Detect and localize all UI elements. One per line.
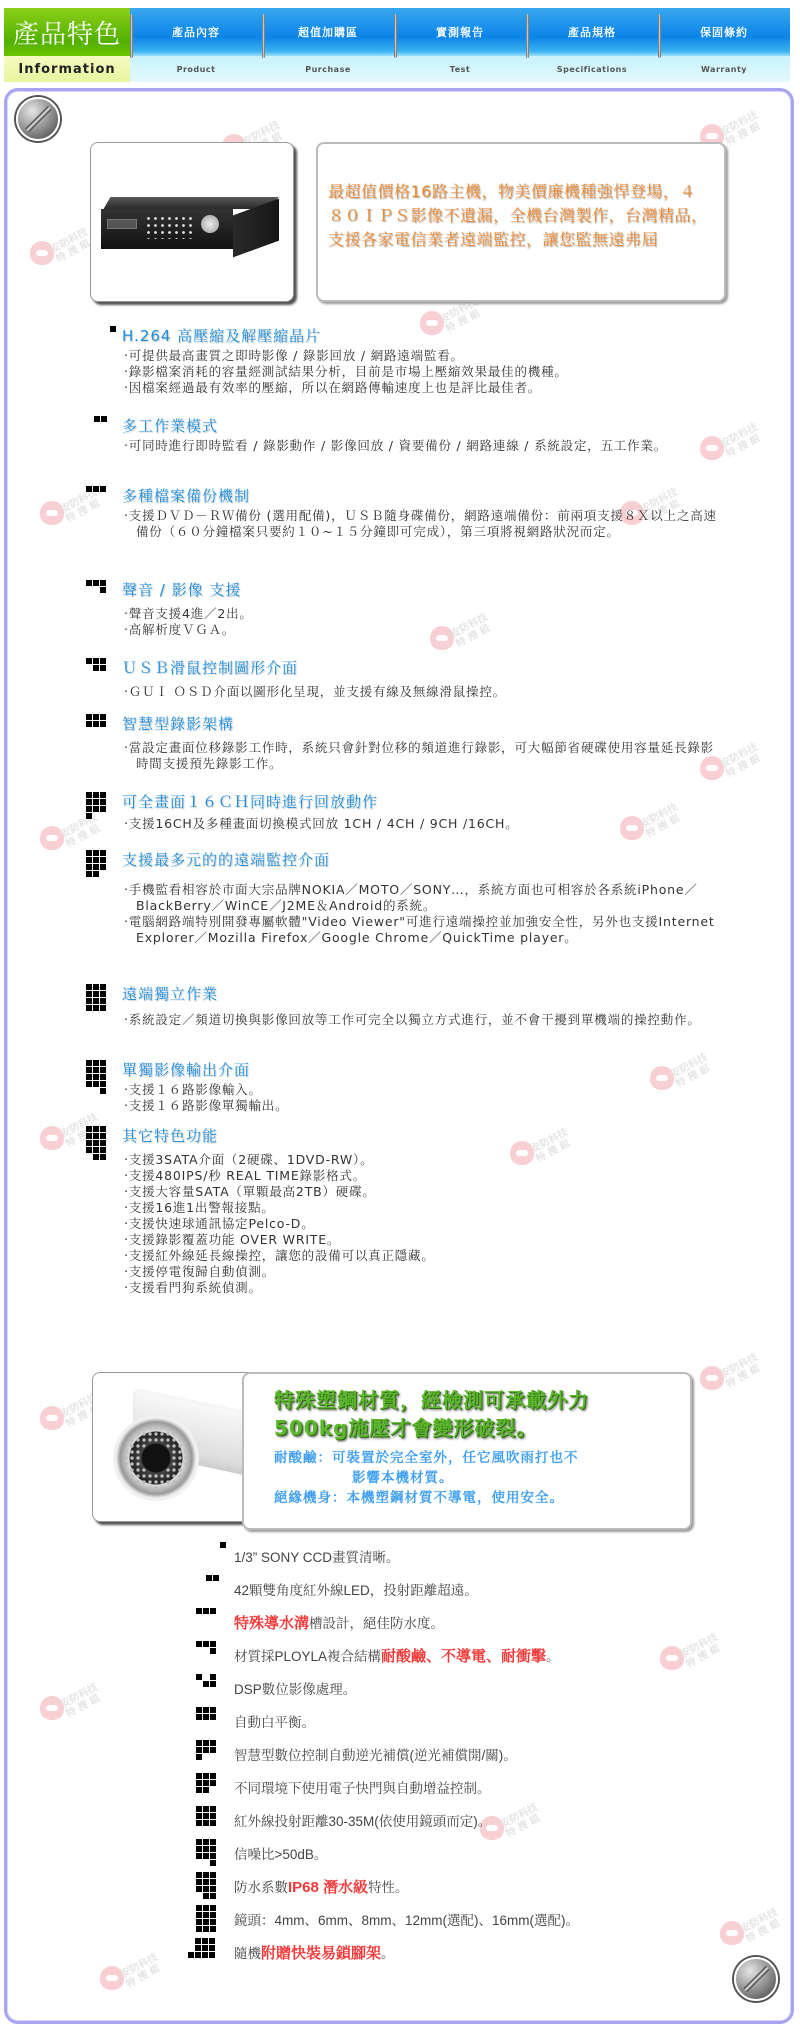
tab-test[interactable]: 實測報告 Test: [394, 8, 526, 82]
tab-warranty[interactable]: 保固條約 Warranty: [658, 8, 790, 82]
spec-item: 特殊導水溝槽設計，絕佳防水度。: [196, 1606, 756, 1639]
bullet-icon: [86, 792, 106, 819]
spec-item: 材質採PLOYLA複合結構耐酸鹼、不導電、耐衝擊。: [196, 1639, 756, 1672]
tab-label: 保固條約: [658, 8, 790, 56]
feature-item: 多種檔案備份機制 ‧支援ＤＶＤ－ＲＷ備份 (選用配備)，ＵＳＢ隨身碟備份，網路遠…: [86, 484, 726, 540]
feature-title: 支援最多元的的遠端監控介面: [122, 849, 330, 870]
camera-subtext: 耐酸鹼：可裝置於完全室外，任它風吹雨打也不 影響本機材質。 絕緣機身：本機塑鋼材…: [274, 1448, 579, 1508]
bullet-icon: [196, 1872, 216, 1899]
tab-label: 產品內容: [130, 8, 262, 56]
feature-lines: ‧當設定畫面位移錄影工作時，系統只會針對位移的頻道進行錄影，可大幅節省硬碟使用容…: [124, 740, 726, 772]
tab-label: 實測報告: [394, 8, 526, 56]
feature-lines: ‧支援16CH及多種畫面切換模式回放 1CH / 4CH / 9CH /16CH…: [124, 816, 519, 832]
spec-item: 智慧型數位控制自動逆光補償(逆光補償開/關)。: [196, 1738, 756, 1771]
camera-illustration: [103, 1387, 261, 1505]
bullet-icon: [94, 416, 107, 422]
bullet-icon: [86, 984, 106, 1011]
spec-item: 42顆雙角度紅外線LED，投射距離超遠。: [196, 1573, 756, 1606]
tab-label: 產品特色: [4, 8, 130, 56]
tab-label: 超值加購區: [262, 8, 394, 56]
dvr-summary-box: 最超值價格16路主機，物美價廉機種強悍登場，４８０ＩＰＳ影像不遺漏，全機台灣製作…: [316, 142, 726, 302]
dvr-illustration: [101, 197, 279, 255]
feature-title: 智慧型錄影架構: [122, 713, 234, 734]
feature-title: 可全畫面１６ＣＨ同時進行回放動作: [122, 791, 378, 812]
tab-label: 產品規格: [526, 8, 658, 56]
bullet-icon: [196, 1641, 216, 1654]
tab-sublabel: Warranty: [658, 56, 790, 82]
bullet-icon: [86, 850, 106, 877]
feature-item: 遠端獨立作業 ‧系統設定／頻道切換與影像回放等工作可完全以獨立方式進行，並不會干…: [86, 982, 701, 1028]
tab-sublabel: Test: [394, 56, 526, 82]
feature-title: ＵＳＢ滑鼠控制圖形介面: [122, 657, 298, 678]
feature-item: H.264 高壓縮及解壓縮晶片 ‧可提供最高畫質之即時影像 / 錄影回放 / 網…: [86, 324, 568, 396]
feature-item: ＵＳＢ滑鼠控制圖形介面 ‧ＧＵＩ ＯＳＤ介面以圖形化呈現，並支援有線及無線滑鼠操…: [86, 656, 506, 700]
bullet-icon: [196, 1806, 216, 1826]
bullet-icon: [196, 1773, 216, 1793]
feature-lines: ‧系統設定／頻道切換與影像回放等工作可完全以獨立方式進行，並不會干擾到單機端的操…: [124, 1012, 701, 1028]
feature-item: 智慧型錄影架構 ‧當設定畫面位移錄影工作時，系統只會針對位移的頻道進行錄影，可大…: [86, 712, 726, 772]
tab-sublabel: Information: [4, 56, 130, 82]
dvr-product-image: [90, 142, 294, 302]
feature-title: H.264 高壓縮及解壓縮晶片: [122, 325, 321, 346]
feature-title: 其它特色功能: [122, 1125, 218, 1146]
feature-title: 遠端獨立作業: [122, 983, 218, 1004]
feature-lines: ‧可同時進行即時監看 / 錄影動作 / 影像回放 / 資要備份 / 網路連線 /…: [124, 438, 667, 454]
tab-sublabel: Specifications: [526, 56, 658, 82]
feature-lines: ‧手機監看相容於市面大宗品牌NOKIA／MOTO／SONY…，系統方面也可相容於…: [124, 882, 726, 946]
tab-sublabel: Purchase: [262, 56, 394, 82]
spec-item: 自動白平衡。: [196, 1705, 756, 1738]
tab-product[interactable]: 產品內容 Product: [130, 8, 262, 82]
spec-item: 鏡頭：4mm、6mm、8mm、12mm(選配)、16mm(選配)。: [196, 1903, 756, 1936]
spec-item: 信噪比>50dB。: [196, 1837, 756, 1870]
feature-lines: ‧聲音支援4進／2出。 ‧高解析度ＶＧＡ。: [124, 606, 253, 638]
spec-item: 不同環境下使用電子快門與自動增益控制。: [196, 1771, 756, 1804]
bullet-icon: [196, 1839, 216, 1866]
feature-item: 可全畫面１６ＣＨ同時進行回放動作 ‧支援16CH及多種畫面切換模式回放 1CH …: [86, 790, 519, 832]
bullet-icon: [86, 486, 106, 492]
spec-item: 紅外線投射距離30-35M(依使用鏡頭而定)。: [196, 1804, 756, 1837]
feature-title: 多工作業模式: [122, 415, 218, 436]
top-nav: 產品特色 Information 產品內容 Product 超值加購區 Purc…: [4, 8, 792, 82]
spec-item: 防水系數IP68 潛水級特性。: [196, 1870, 756, 1903]
bullet-icon: [86, 658, 106, 671]
bullet-icon: [110, 326, 116, 332]
bullet-icon: [196, 1608, 216, 1614]
tab-specifications[interactable]: 產品規格 Specifications: [526, 8, 658, 82]
bullet-icon: [196, 1905, 216, 1932]
dvr-summary-text: 最超值價格16路主機，物美價廉機種強悍登場，４８０ＩＰＳ影像不遺漏，全機台灣製作…: [328, 180, 708, 252]
camera-summary-box: 特殊塑鋼材質，經檢測可承載外力 500kg施壓才會變形破裂。 耐酸鹼：可裝置於完…: [242, 1372, 692, 1530]
feature-lines: ‧可提供最高畫質之即時影像 / 錄影回放 / 網路遠端監看。 ‧錄影檔案消耗的容…: [124, 348, 568, 396]
tab-purchase[interactable]: 超值加購區 Purchase: [262, 8, 394, 82]
bullet-icon: [188, 1938, 215, 1958]
bullet-icon: [196, 1707, 216, 1720]
tab-sublabel: Product: [130, 56, 262, 82]
feature-lines: ‧ＧＵＩ ＯＳＤ介面以圖形化呈現，並支援有線及無線滑鼠操控。: [124, 684, 506, 700]
feature-item: 聲音 / 影像 支援 ‧聲音支援4進／2出。 ‧高解析度ＶＧＡ。: [86, 578, 253, 638]
bullet-icon: [86, 1126, 106, 1160]
screw-icon: [16, 97, 60, 141]
feature-item: 支援最多元的的遠端監控介面 ‧手機監看相容於市面大宗品牌NOKIA／MOTO／S…: [86, 848, 726, 946]
bullet-icon: [86, 580, 106, 593]
bullet-icon: [196, 1674, 216, 1687]
feature-title: 聲音 / 影像 支援: [122, 579, 241, 600]
feature-lines: ‧支援ＤＶＤ－ＲＷ備份 (選用配備)，ＵＳＢ隨身碟備份，網路遠端備份：前兩項支援…: [124, 508, 726, 540]
camera-product-image: [92, 1372, 262, 1522]
feature-lines: ‧支援3SATA介面（2硬碟、1DVD-RW）。 ‧支援480IPS/秒 REA…: [124, 1152, 435, 1296]
bullet-icon: [220, 1542, 226, 1548]
feature-title: 多種檔案備份機制: [122, 485, 250, 506]
spec-item: DSP數位影像處理。: [196, 1672, 756, 1705]
feature-item: 多工作業模式 ‧可同時進行即時監看 / 錄影動作 / 影像回放 / 資要備份 /…: [86, 414, 667, 454]
bullet-icon: [86, 1060, 106, 1094]
bullet-icon: [206, 1575, 219, 1581]
tab-information[interactable]: 產品特色 Information: [4, 8, 130, 82]
feature-title: 單獨影像輸出介面: [122, 1059, 250, 1080]
bullet-icon: [86, 714, 106, 727]
feature-item: 單獨影像輸出介面 ‧支援１６路影像輸入。 ‧支援１６路影像單獨輸出。: [86, 1058, 288, 1114]
feature-lines: ‧支援１６路影像輸入。 ‧支援１６路影像單獨輸出。: [124, 1082, 288, 1114]
spec-list: 1/3” SONY CCD畫質清晰。 42顆雙角度紅外線LED，投射距離超遠。 …: [196, 1540, 756, 1969]
feature-item: 其它特色功能 ‧支援3SATA介面（2硬碟、1DVD-RW）。 ‧支援480IP…: [86, 1124, 435, 1296]
spec-item: 隨機附贈快裝易鎖腳架。: [196, 1936, 756, 1969]
bullet-icon: [196, 1740, 216, 1760]
spec-item: 1/3” SONY CCD畫質清晰。: [196, 1540, 756, 1573]
camera-headline: 特殊塑鋼材質，經檢測可承載外力 500kg施壓才會變形破裂。: [274, 1386, 589, 1442]
